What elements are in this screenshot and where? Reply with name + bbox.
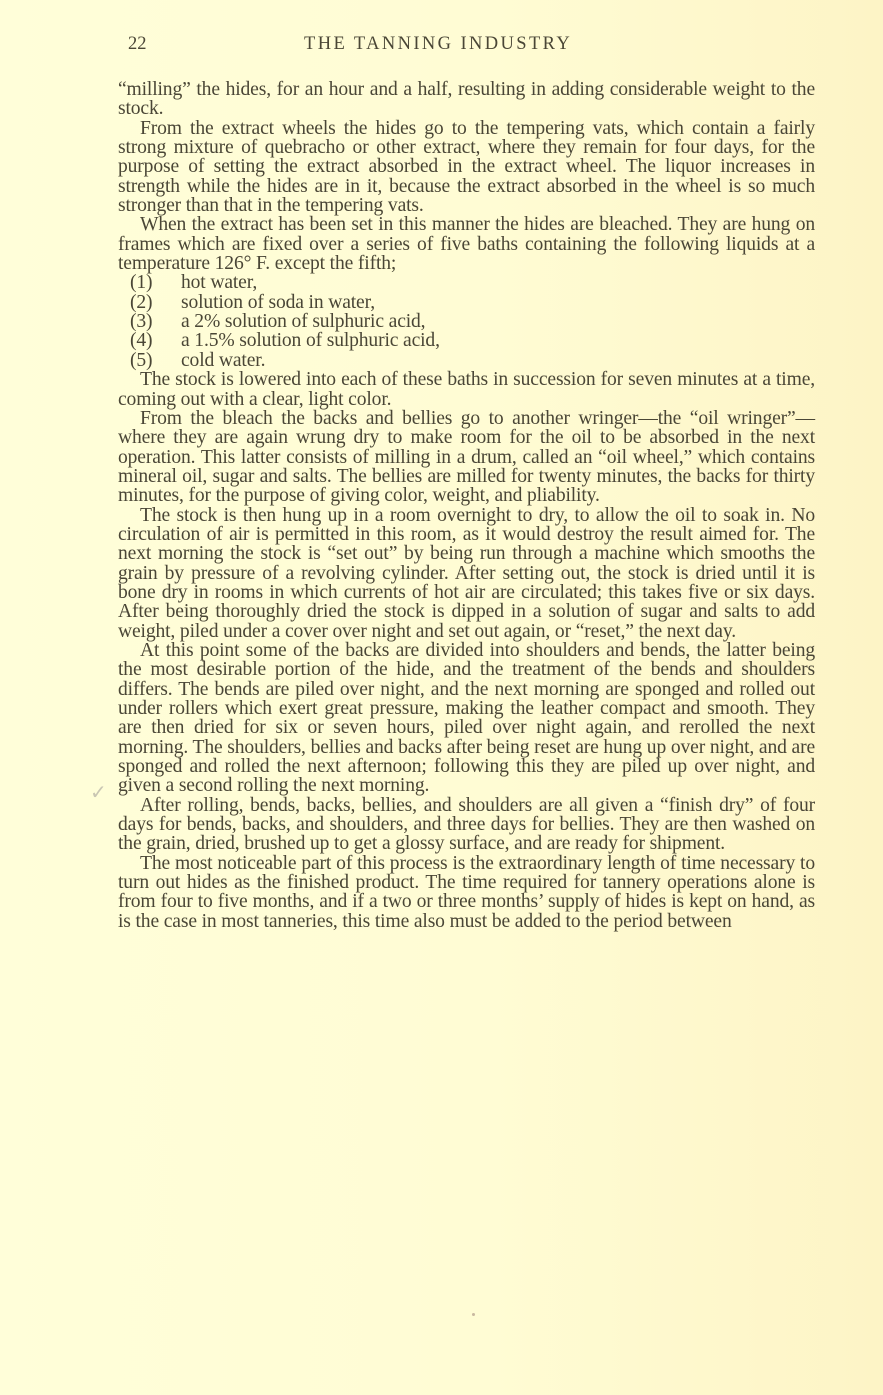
running-title: THE TANNING INDUSTRY: [304, 34, 572, 55]
list-item: (5)cold water.: [118, 351, 815, 370]
pencil-check-mark-icon: ✓: [90, 782, 108, 804]
paragraph-time-length: The most noticeable part of this process…: [118, 854, 815, 931]
list-item: (3)a 2% solution of sulphuric acid,: [118, 312, 815, 331]
list-number: (3): [130, 312, 181, 331]
list-text: a 1.5% solution of sulphuric acid,: [181, 331, 440, 350]
book-page: 22 THE TANNING INDUSTRY ✓ “milling” the …: [0, 0, 883, 1395]
paragraph-shoulders-bends: At this point some of the backs are divi…: [118, 641, 815, 796]
paragraph-oil-wringer: From the bleach the backs and bellies go…: [118, 409, 815, 506]
paragraph-finish-dry: After rolling, bends, backs, bellies, an…: [118, 796, 815, 854]
list-number: (2): [130, 293, 181, 312]
bath-list: (1)hot water, (2)solution of soda in wat…: [118, 273, 815, 370]
page-number: 22: [128, 34, 147, 55]
page-body: “milling” the hides, for an hour and a h…: [118, 80, 815, 931]
list-text: cold water.: [181, 351, 265, 370]
page-header: 22 THE TANNING INDUSTRY: [118, 34, 818, 56]
list-item: (1)hot water,: [118, 273, 815, 292]
list-text: hot water,: [181, 273, 257, 292]
list-item: (2)solution of soda in water,: [118, 293, 815, 312]
list-item: (4)a 1.5% solution of sulphuric acid,: [118, 331, 815, 350]
list-number: (1): [130, 273, 181, 292]
paragraph-drying: The stock is then hung up in a room over…: [118, 506, 815, 641]
paper-speck: [472, 1313, 475, 1316]
list-number: (5): [130, 351, 181, 370]
list-text: solution of soda in water,: [181, 293, 375, 312]
paragraph-tempering-vats: From the extract wheels the hides go to …: [118, 119, 815, 216]
list-text: a 2% solution of sulphuric acid,: [181, 312, 425, 331]
list-number: (4): [130, 331, 181, 350]
paragraph-continued: “milling” the hides, for an hour and a h…: [118, 80, 815, 119]
paragraph-bleaching: When the extract has been set in this ma…: [118, 215, 815, 273]
paragraph-baths-succession: The stock is lowered into each of these …: [118, 370, 815, 409]
